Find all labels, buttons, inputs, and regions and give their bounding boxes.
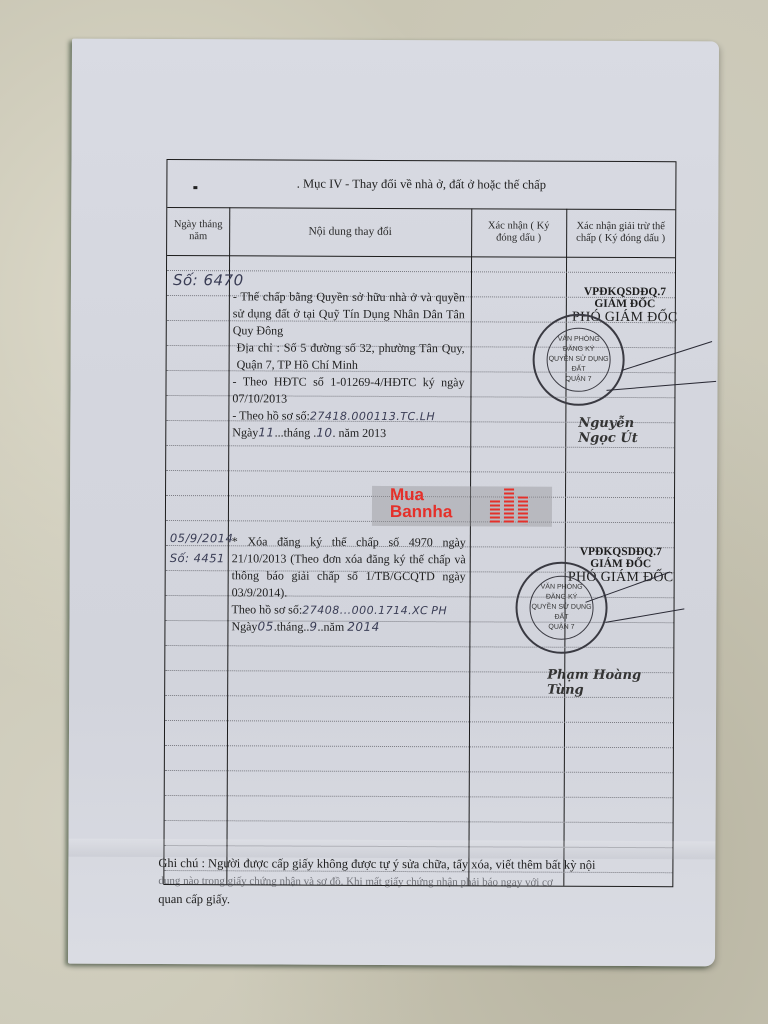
seal-text: QUYỀN SỬ DỤNG ĐẤT — [530, 603, 592, 623]
signature-stroke — [621, 341, 712, 371]
section-title: . Mục IV - Thay đổi về nhà ở, đất ở hoặc… — [167, 160, 675, 210]
ruling-line — [165, 645, 673, 648]
seal-text: ĐĂNG KÝ — [546, 593, 578, 603]
file-number: 27408...000.1714.XC — [302, 604, 428, 618]
month-label: ...tháng . — [275, 425, 317, 439]
header-content: Nội dung thay đổi — [229, 207, 471, 256]
document-page: . Mục IV - Thay đổi về nhà ở, đất ở hoặc… — [68, 39, 719, 967]
year-label: ..năm — [318, 620, 345, 634]
entry-1-date: Ngày11...tháng .10. năm 2013 — [232, 424, 464, 442]
month-value: 9 — [309, 620, 317, 634]
title-director: GIÁM ĐỐC — [570, 298, 680, 310]
seal-text: QUẬN 7 — [548, 623, 574, 633]
month-value: 10 — [316, 426, 332, 440]
entry-2-date-line: Ngày05.tháng..9..năm 2014 — [231, 618, 465, 636]
day-label: Ngày — [232, 425, 258, 439]
official-seal: VĂN PHÒNG ĐĂNG KÝ QUYỀN SỬ DỤNG ĐẤT QUẬN… — [532, 314, 624, 406]
footnote-line: dung nào trong giấy chứng nhận và sơ đồ.… — [158, 872, 678, 892]
ruling-line — [165, 795, 673, 798]
year-label: . năm 2013 — [333, 426, 387, 440]
ruling-line — [165, 720, 673, 723]
entry-1-address: Địa chỉ : Số 5 đường số 32, phường Tân Q… — [233, 339, 465, 374]
month-label: .tháng.. — [274, 619, 310, 633]
file-number: 27418.000113.TC.LH — [310, 410, 435, 424]
day-value: 11 — [258, 425, 274, 439]
building-icon — [490, 488, 532, 524]
entry-1-line: - Thế chấp bằng Quyền sở hữu nhà ở và qu… — [233, 288, 465, 340]
entry-2-line: * Xóa đăng ký thế chấp số 4970 ngày 21/1… — [232, 533, 466, 602]
section-title-text: . Mục IV - Thay đổi về nhà ở, đất ở hoặc… — [297, 177, 546, 193]
entry-1-content: - Thế chấp bằng Quyền sở hữu nhà ở và qu… — [232, 288, 465, 442]
table-header: Ngày tháng năm Nội dung thay đổi Xác nhậ… — [167, 207, 675, 258]
official-seal: VĂN PHÒNG ĐĂNG KÝ QUYỀN SỬ DỤNG ĐẤT QUẬN… — [515, 562, 607, 654]
header-release: Xác nhận giải trừ thế chấp ( Ký đóng dấu… — [566, 209, 675, 257]
watermark: Mua Bannha — [372, 486, 552, 527]
signature-stroke — [606, 381, 716, 391]
day-value: 05 — [257, 619, 273, 633]
signer-name: Phạm Hoàng Tùng — [547, 668, 673, 699]
watermark-logo: Mua Bannha — [390, 486, 452, 520]
header-confirm: Xác nhận ( Ký đóng dấu ) — [471, 208, 566, 256]
year-value: 2014 — [347, 620, 380, 634]
office-code: VPĐKQSDĐQ.7 — [570, 286, 680, 298]
ruling-line — [165, 820, 673, 823]
watermark-line: Bannha — [390, 503, 452, 520]
ruling-line — [166, 470, 674, 473]
entry-2-number: Số: 4451 — [170, 550, 225, 567]
seal-text: ĐĂNG KÝ — [563, 345, 595, 355]
entry-2-content: * Xóa đăng ký thế chấp số 4970 ngày 21/1… — [231, 533, 465, 636]
office-code: VPĐKQSDĐQ.7 — [566, 546, 676, 558]
entry-1-file: - Theo hồ sơ số:27418.000113.TC.LH — [232, 407, 464, 425]
seal-text: QUYỀN SỬ DỤNG ĐẤT — [548, 355, 610, 375]
signer-name: Nguyễn Ngọc Út — [578, 416, 674, 446]
seal-text: VĂN PHÒNG — [558, 335, 600, 345]
entry-1-contract: - Theo HĐTC số 1-01269-4/HĐTC ký ngày 07… — [232, 373, 464, 408]
file-label: - Theo hồ sơ số: — [232, 408, 310, 422]
entry-2-date: 05/9/2014 — [170, 530, 234, 547]
ruling-line — [165, 745, 673, 748]
header-date: Ngày tháng năm — [167, 207, 229, 255]
ruling-line — [164, 845, 672, 848]
entry-1-number: Số: 6470 — [173, 272, 244, 289]
ruling-line — [165, 770, 673, 773]
day-label: Ngày — [231, 619, 257, 633]
entry-2-file: Theo hồ sơ số:27408...000.1714.XC PH — [231, 601, 465, 619]
footnote-line: quan cấp giấy. — [158, 890, 678, 910]
footnote-line: Ghi chú : Người được cấp giấy không được… — [158, 854, 678, 874]
seal-text: QUẬN 7 — [565, 375, 591, 385]
file-suffix: PH — [431, 604, 447, 617]
watermark-line: Mua — [390, 486, 452, 503]
footnote: Ghi chú : Người được cấp giấy không được… — [158, 854, 678, 910]
seal-text: VĂN PHÒNG — [541, 583, 583, 593]
file-label: Theo hồ sơ số: — [232, 602, 303, 616]
bullet-mark — [193, 186, 197, 189]
signature-stroke — [605, 608, 684, 623]
